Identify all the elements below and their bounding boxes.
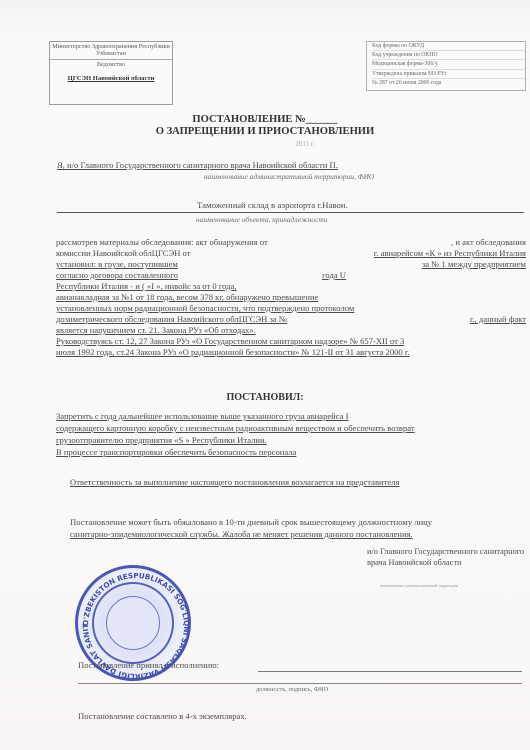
signature-block: и/о Главного Государственного санитарног… [367,546,527,568]
copies-note: Постановление составлено в 4-х экземпляр… [78,711,247,721]
appeal-row: Постановление может быть обжаловано в 10… [70,516,528,528]
form-code-line: Код формы по ОКУД [372,42,525,51]
findings-paragraph: рассмотрев материалы обследования: акт о… [56,237,526,358]
resolution-row: В процессе транспортировки обеспечить бе… [56,446,526,458]
resolution-heading: ПОСТАНОВИЛ: [0,392,530,403]
accepted-signature-line[interactable] [258,671,522,672]
ministry-name: Министерство Здравоохранения Республики … [50,42,172,60]
document-title: ПОСТАНОВЛЕНИЕ №______ [0,114,530,125]
appeal-row: санитарно-эпидемиологической службы. Жал… [70,528,528,540]
findings-row: июля 1992 года, ст.24 Закона РУз «О ради… [56,347,526,358]
findings-row: является нарушением ст. 21. Закона РУз «… [56,325,526,336]
signature-caption: наименование административной территории [380,583,458,588]
form-code-line: № 287 от 26 июня 2006 года [372,79,525,87]
accepted-caption: должность, подпись, ФИО [256,686,328,693]
header-left-box: Министерство Здравоохранения Республики … [49,41,173,105]
document-subtitle: О ЗАПРЕЩЕНИИ И ПРИОСТАНОВЛЕНИИ [0,126,530,137]
issuer-caption: наименование административной территории… [204,172,374,181]
findings-row: дозиметрического обследования Навоийског… [56,314,526,325]
findings-row: согласно договора составленногогода U [56,270,526,281]
resolution-row: грузоотправителю предприятия «S » Респуб… [56,434,526,446]
document-date: 2011 г. [40,140,530,148]
responsibility-line: Ответственность за выполнение настоящего… [70,477,399,487]
appeal-paragraph: Постановление может быть обжаловано в 10… [70,516,528,540]
findings-row: авианакладная за №1 от 18 года, весом 37… [56,292,526,303]
accepted-label: Постановление принял к исполнению: [78,660,219,670]
object-caption: наименование объекта, принадлежности [196,215,327,224]
department-name: ЦГСЭН Навоийской области [50,75,172,82]
findings-row: установил: в грузе, поступившемза № 1 ме… [56,259,526,270]
header-right-box: Код формы по ОКУД Код учреждения по ОКПО… [366,41,526,91]
resolution-row: содержащего картонную коробку с неизвест… [56,422,526,434]
department-label: Ведомство [50,60,172,68]
form-code-line: Код учреждения по ОКПО [372,51,525,60]
object-line: Таможенный склад в аэропорта г.Навои. [197,200,348,210]
issuer-line: Я, и/о Главного Государственного санитар… [57,160,338,170]
findings-row: комиссии Навоийской облЦГСЭН отг. авиаре… [56,248,526,259]
findings-row: Республики Италия - и ( «I », инвойс за … [56,281,526,292]
findings-row: рассмотрев материалы обследования: акт о… [56,237,526,248]
form-code-line: Медицинская форма-306/у [372,60,525,69]
form-code-line: Утверждена приказом МЗ РУз [372,70,525,79]
findings-row: Руководствуясь ст. 12, 27 Закона РУз «О … [56,336,526,347]
resolution-row: Запретить с года дальнейшее использовани… [56,410,526,422]
document-page: Министерство Здравоохранения Республики … [0,0,530,750]
accepted-second-line [78,683,522,684]
resolution-paragraph: Запретить с года дальнейшее использовани… [56,410,526,458]
findings-row: установленных норм радиационной безопасн… [56,303,526,314]
object-underline [57,212,524,213]
